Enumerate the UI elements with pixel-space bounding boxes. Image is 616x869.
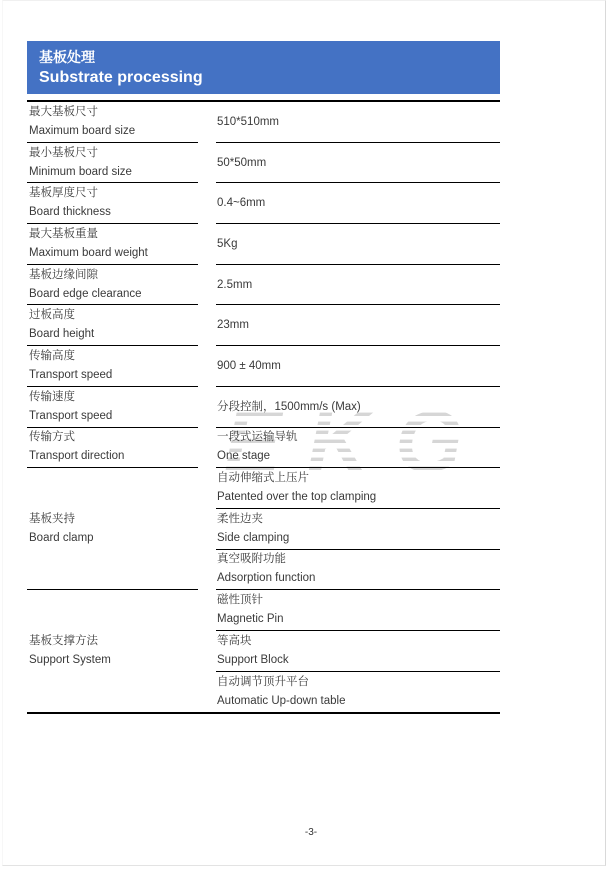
column-gap	[198, 143, 216, 184]
column-gap	[198, 346, 216, 387]
sub-row-zh: 自动调节顶升平台	[217, 673, 500, 692]
column-gap	[198, 102, 216, 143]
sub-row-zh: 等高块	[217, 632, 500, 651]
table-row: 过板高度Board height23mm	[27, 305, 500, 346]
table-row: 传输高度Transport speed900 ± 40mm	[27, 346, 500, 387]
row-label-en: Maximum board size	[29, 122, 198, 141]
row-value: 5Kg	[217, 236, 500, 252]
table-row: 基板厚度尺寸Board thickness0.4~6mm	[27, 183, 500, 224]
table-row: 最大基板尺寸Maximum board size510*510mm	[27, 102, 500, 143]
table-row: 传输方式Transport direction一段式运输导轨One stage	[27, 428, 500, 469]
row-label-en: Minimum board size	[29, 163, 198, 182]
page-number: -3-	[3, 827, 616, 838]
sub-row-en: Automatic Up-down table	[217, 692, 500, 711]
row-value: 23mm	[217, 317, 500, 333]
row-label-zh: 基板厚度尺寸	[29, 184, 198, 203]
row-label-zh: 基板支撑方法	[29, 632, 198, 651]
row-label-zh: 传输速度	[29, 388, 198, 407]
row-label-en: Support System	[29, 651, 198, 670]
group-value-stack: 磁性顶针Magnetic Pin等高块Support Block自动调节顶升平台…	[216, 590, 500, 712]
row-value-cell: 一段式运输导轨One stage	[216, 428, 500, 469]
group-sub-row: 磁性顶针Magnetic Pin	[216, 590, 500, 631]
row-label-zh: 最大基板重量	[29, 225, 198, 244]
row-value: 0.4~6mm	[217, 195, 500, 211]
sub-row-zh: 真空吸附功能	[217, 550, 500, 569]
row-label-zh: 过板高度	[29, 306, 198, 325]
row-label-en: Board edge clearance	[29, 285, 198, 304]
row-label-zh: 传输方式	[29, 428, 198, 447]
row-label-cell: 最大基板重量Maximum board weight	[27, 224, 198, 265]
column-gap	[198, 224, 216, 265]
column-gap	[198, 183, 216, 224]
column-gap	[198, 428, 216, 469]
table-row: 最小基板尺寸Minimum board size50*50mm	[27, 143, 500, 184]
row-label-cell: 传输高度Transport speed	[27, 346, 198, 387]
row-label-cell: 基板夹持Board clamp	[27, 468, 198, 590]
spec-table: 最大基板尺寸Maximum board size510*510mm最小基板尺寸M…	[27, 100, 500, 714]
sub-row-en: Magnetic Pin	[217, 610, 500, 629]
row-value-cell: 900 ± 40mm	[216, 346, 500, 387]
row-value: 2.5mm	[217, 277, 500, 293]
row-label-cell: 基板边缘间隙Board edge clearance	[27, 265, 198, 306]
table-group-row: 基板支撑方法Support System磁性顶针Magnetic Pin等高块S…	[27, 590, 500, 712]
row-value-en: One stage	[217, 447, 500, 466]
row-label-cell: 最大基板尺寸Maximum board size	[27, 102, 198, 143]
group-sub-row: 等高块Support Block	[216, 631, 500, 672]
row-value-cell: 5Kg	[216, 224, 500, 265]
row-label-cell: 传输方式Transport direction	[27, 428, 198, 469]
row-label-zh: 传输高度	[29, 347, 198, 366]
section-banner: 基板处理 Substrate processing	[27, 41, 500, 94]
table-group-row: 基板夹持Board clamp自动伸缩式上压片Patented over the…	[27, 468, 500, 590]
row-label-cell: 过板高度Board height	[27, 305, 198, 346]
sub-row-zh: 磁性顶针	[217, 591, 500, 610]
row-label-en: Board height	[29, 325, 198, 344]
sub-row-en: Patented over the top clamping	[217, 488, 500, 507]
row-label-en: Transport speed	[29, 366, 198, 385]
document-page: EKG 基板处理 Substrate processing 最大基板尺寸Maxi…	[2, 0, 606, 866]
sub-row-en: Adsorption function	[217, 569, 500, 588]
sub-row-en: Support Block	[217, 651, 500, 670]
row-value-zh: 一段式运输导轨	[217, 428, 500, 447]
group-value-stack: 自动伸缩式上压片Patented over the top clamping柔性…	[216, 468, 500, 590]
row-label-en: Transport speed	[29, 407, 198, 426]
row-value-cell: 510*510mm	[216, 102, 500, 143]
row-value: 900 ± 40mm	[217, 358, 500, 374]
row-value-cell: 23mm	[216, 305, 500, 346]
table-row: 基板边缘间隙Board edge clearance2.5mm	[27, 265, 500, 306]
row-value-cell: 分段控制，1500mm/s (Max)	[216, 387, 500, 428]
column-gap	[198, 590, 216, 712]
row-label-en: Board clamp	[29, 529, 198, 548]
table-row: 最大基板重量Maximum board weight5Kg	[27, 224, 500, 265]
row-value-cell: 0.4~6mm	[216, 183, 500, 224]
row-label-zh: 基板夹持	[29, 510, 198, 529]
row-label-cell: 基板厚度尺寸Board thickness	[27, 183, 198, 224]
section-title-zh: 基板处理	[39, 48, 500, 67]
table-row: 传输速度Transport speed分段控制，1500mm/s (Max)	[27, 387, 500, 428]
row-label-cell: 传输速度Transport speed	[27, 387, 198, 428]
sub-row-zh: 自动伸缩式上压片	[217, 469, 500, 488]
column-gap	[198, 468, 216, 590]
group-sub-row: 真空吸附功能Adsorption function	[216, 550, 500, 591]
sub-row-en: Side clamping	[217, 529, 500, 548]
section-title-en: Substrate processing	[39, 67, 500, 89]
row-value: 50*50mm	[217, 155, 500, 171]
row-label-en: Maximum board weight	[29, 244, 198, 263]
row-label-zh: 基板边缘间隙	[29, 266, 198, 285]
column-gap	[198, 305, 216, 346]
row-value-cell: 2.5mm	[216, 265, 500, 306]
group-sub-row: 柔性边夹Side clamping	[216, 509, 500, 550]
row-value-cell: 50*50mm	[216, 143, 500, 184]
column-gap	[198, 265, 216, 306]
group-sub-row: 自动伸缩式上压片Patented over the top clamping	[216, 468, 500, 509]
column-gap	[198, 387, 216, 428]
row-label-en: Board thickness	[29, 203, 198, 222]
row-label-en: Transport direction	[29, 447, 198, 466]
row-value: 510*510mm	[217, 114, 500, 130]
sub-row-zh: 柔性边夹	[217, 510, 500, 529]
row-label-zh: 最大基板尺寸	[29, 103, 198, 122]
row-label-zh: 最小基板尺寸	[29, 144, 198, 163]
row-value: 分段控制，1500mm/s (Max)	[217, 399, 500, 415]
row-label-cell: 基板支撑方法Support System	[27, 590, 198, 712]
row-label-cell: 最小基板尺寸Minimum board size	[27, 143, 198, 184]
group-sub-row: 自动调节顶升平台Automatic Up-down table	[216, 672, 500, 713]
